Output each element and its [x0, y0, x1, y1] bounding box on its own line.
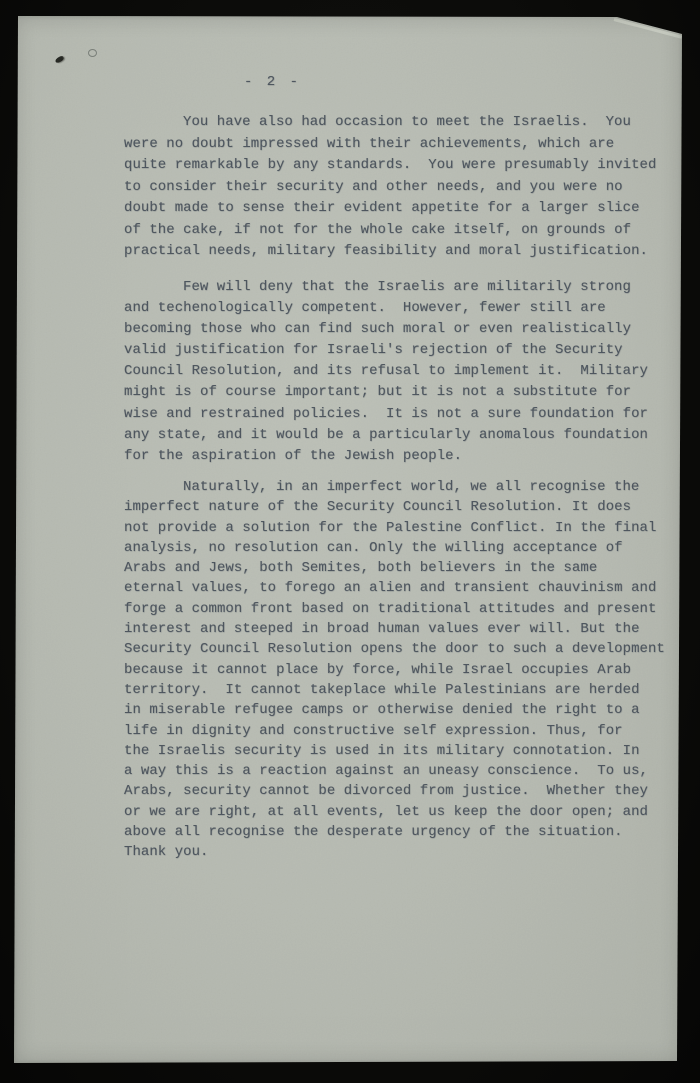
text-line: the Israelis security is used in its mil… — [124, 741, 684, 761]
text-line: life in dignity and constructive self ex… — [124, 721, 684, 741]
page-number: - 2 - — [244, 74, 301, 90]
text-line: doubt made to sense their evident appeti… — [124, 198, 684, 220]
text-line: of the cake, if not for the whole cake i… — [124, 220, 684, 242]
ink-smudge-mark — [54, 55, 64, 64]
text-line: wise and restrained policies. It is not … — [124, 404, 684, 425]
text-line: imperfect nature of the Security Council… — [124, 497, 684, 517]
text-line: analysis, no resolution can. Only the wi… — [124, 538, 684, 558]
text-line: above all recognise the desperate urgenc… — [124, 822, 684, 842]
ink-ring-mark — [88, 49, 97, 57]
text-line: quite remarkable by any standards. You w… — [124, 155, 684, 177]
text-line: Security Council Resolution opens the do… — [124, 639, 684, 659]
text-line: eternal values, to forego an alien and t… — [124, 578, 684, 598]
text-line: interest and steeped in broad human valu… — [124, 619, 684, 639]
text-line: Arabs and Jews, both Semites, both belie… — [124, 558, 684, 578]
text-line: were no doubt impressed with their achie… — [124, 134, 684, 156]
text-line: any state, and it would be a particularl… — [124, 425, 684, 446]
text-line: a way this is a reaction against an unea… — [124, 761, 684, 781]
text-line: forge a common front based on traditiona… — [124, 599, 684, 619]
paragraph-3: Naturally, in an imperfect world, we all… — [124, 477, 684, 863]
scan-background: - 2 - You have also had occasion to meet… — [0, 0, 700, 1083]
text-line: valid justification for Israeli's reject… — [124, 340, 684, 361]
text-line: Naturally, in an imperfect world, we all… — [124, 477, 684, 497]
text-line: Arabs, security cannot be divorced from … — [124, 781, 684, 801]
text-line: in miserable refugee camps or otherwise … — [124, 700, 684, 720]
text-line: or we are right, at all events, let us k… — [124, 802, 684, 822]
text-line: to consider their security and other nee… — [124, 177, 684, 199]
text-line: You have also had occasion to meet the I… — [124, 112, 684, 134]
text-line: Thank you. — [124, 842, 684, 862]
text-line: practical needs, military feasibility an… — [124, 241, 684, 263]
text-line: not provide a solution for the Palestine… — [124, 518, 684, 538]
text-line: Council Resolution, and its refusal to i… — [124, 361, 684, 382]
text-line: Few will deny that the Israelis are mili… — [124, 277, 684, 298]
text-line: and techenologically competent. However,… — [124, 298, 684, 319]
folded-corner-edge — [614, 18, 682, 39]
text-line: territory. It cannot takeplace while Pal… — [124, 680, 684, 700]
text-line: becoming those who can find such moral o… — [124, 319, 684, 340]
paper-sheet: - 2 - You have also had occasion to meet… — [14, 16, 682, 1063]
text-line: for the aspiration of the Jewish people. — [124, 446, 684, 467]
paragraph-2: Few will deny that the Israelis are mili… — [124, 277, 684, 467]
text-line: might is of course important; but it is … — [124, 382, 684, 403]
paragraph-1: You have also had occasion to meet the I… — [124, 112, 684, 263]
text-line: because it cannot place by force, while … — [124, 660, 684, 680]
